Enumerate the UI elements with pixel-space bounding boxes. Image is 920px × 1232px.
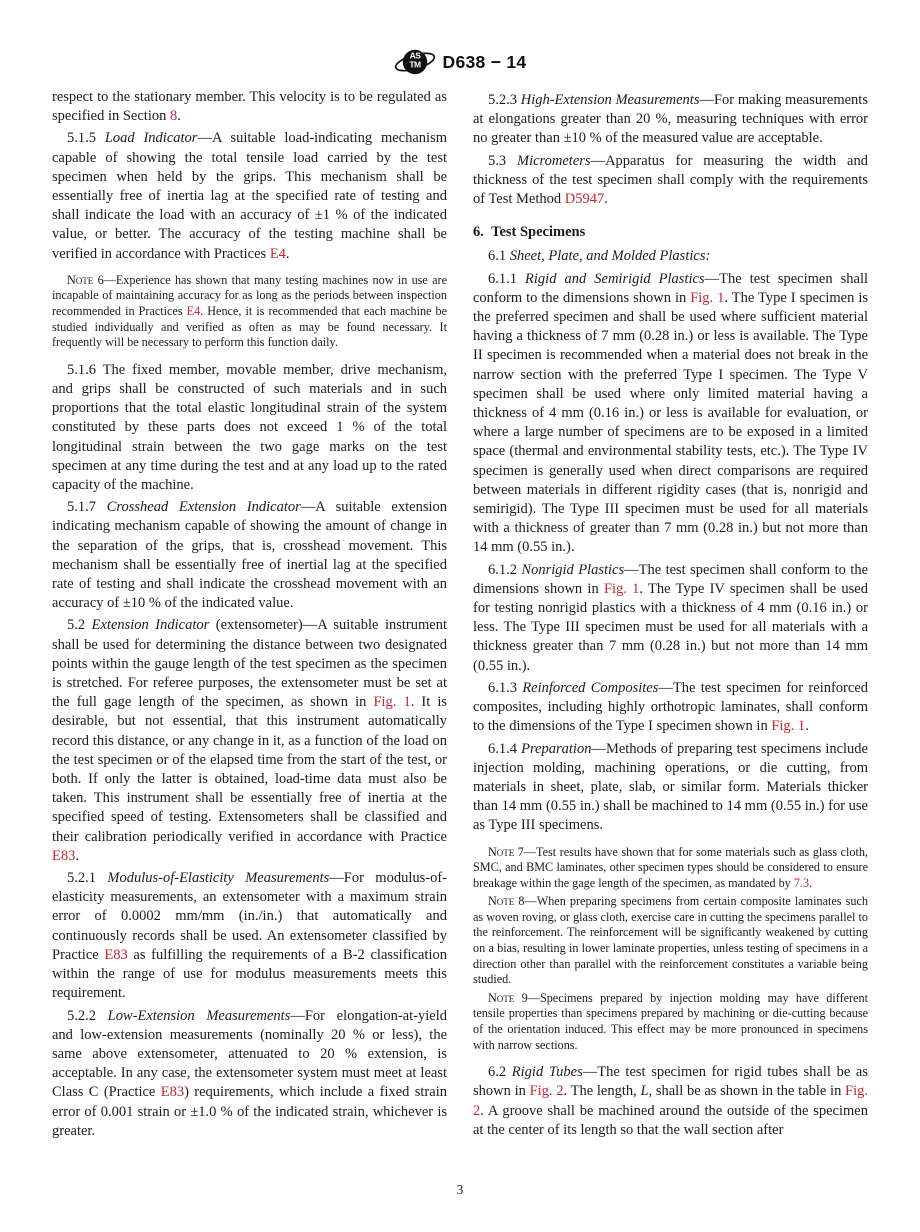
text-run: —When preparing specimens from certain c…	[473, 894, 868, 986]
text-run: 5.2.1	[67, 870, 107, 886]
paragraph: 6.1.4 Preparation—Methods of preparing t…	[473, 740, 868, 836]
cross-reference-link[interactable]: Fig. 2	[530, 1083, 564, 1099]
cross-reference-link[interactable]: Fig. 1	[604, 581, 639, 597]
text-run: 5.1.6 The fixed member, movable member, …	[52, 362, 447, 493]
document-page: AS TM D638 − 14 respect to the stationar…	[0, 0, 920, 1232]
paragraph: 5.1.5 Load Indicator—A suitable load-ind…	[52, 129, 447, 263]
paragraph: 6.1 Sheet, Plate, and Molded Plastics:	[473, 247, 868, 266]
right-column: 5.2.3 High-Extension Measurements—For ma…	[473, 88, 868, 1141]
cross-reference-link[interactable]: E4	[187, 304, 201, 318]
text-run: . It is desirable, but not essential, th…	[52, 694, 447, 844]
text-run: , shall be as shown in the table in	[649, 1083, 846, 1099]
text-run: respect to the stationary member. This v…	[52, 89, 447, 124]
text-run: —A suitable extension indicating mechani…	[52, 499, 447, 611]
left-column: respect to the stationary member. This v…	[52, 88, 447, 1141]
text-run: . A groove shall be machined around the …	[473, 1103, 868, 1138]
text-run: Note 7	[488, 845, 524, 859]
cross-reference-link[interactable]: E83	[52, 848, 75, 864]
text-run: 5.2.2	[67, 1008, 108, 1024]
text-run: .	[604, 191, 608, 207]
text-run: Extension Indicator	[92, 617, 210, 633]
text-run: 5.3	[488, 153, 517, 169]
text-run: 6.1.3	[488, 680, 522, 696]
paragraph: 6.1.1 Rigid and Semirigid Plastics—The t…	[473, 270, 868, 558]
section-heading: 6. Test Specimens	[473, 223, 868, 242]
document-code: D638 − 14	[443, 52, 527, 73]
text-run: Micrometers	[517, 153, 591, 169]
cross-reference-link[interactable]: E83	[161, 1084, 184, 1100]
text-run: .	[809, 876, 812, 890]
paragraph: 6.1.3 Reinforced Composites—The test spe…	[473, 679, 868, 737]
text-run: —A suitable load-indicating mechanism ca…	[52, 130, 447, 261]
cross-reference-link[interactable]: D5947	[565, 191, 604, 207]
text-run: Note 6	[67, 273, 104, 287]
paragraph: 5.1.6 The fixed member, movable member, …	[52, 361, 447, 495]
paragraph: respect to the stationary member. This v…	[52, 88, 447, 126]
document-body: respect to the stationary member. This v…	[52, 88, 868, 1141]
text-run: 5.1.7	[67, 499, 107, 515]
paragraph: 5.2.3 High-Extension Measurements—For ma…	[473, 91, 868, 149]
text-run: High-Extension Measurements	[521, 92, 700, 108]
text-run: Modulus-of-Elasticity Measurements	[107, 870, 329, 886]
cross-reference-link[interactable]: E83	[104, 947, 127, 963]
text-run: .	[286, 246, 290, 262]
text-run: 5.2.3	[488, 92, 521, 108]
note-paragraph: Note 8—When preparing specimens from cer…	[473, 894, 868, 988]
paragraph: 5.2 Extension Indicator (extensometer)—A…	[52, 616, 447, 866]
cross-reference-link[interactable]: E4	[270, 246, 286, 262]
page-number: 3	[457, 1182, 464, 1197]
text-run: Sheet, Plate, and Molded Plastics:	[510, 248, 711, 264]
text-run: Preparation	[521, 741, 591, 757]
text-run: 6.2	[488, 1064, 512, 1080]
cross-reference-link[interactable]: 7.3	[794, 876, 809, 890]
text-run: .	[177, 108, 181, 124]
svg-text:TM: TM	[409, 60, 421, 70]
paragraph: 5.3 Micrometers—Apparatus for measuring …	[473, 152, 868, 210]
text-run: Rigid Tubes	[512, 1064, 583, 1080]
text-run: 6.1	[488, 248, 510, 264]
text-run: Crosshead Extension Indicator	[107, 499, 301, 515]
paragraph: 5.1.7 Crosshead Extension Indicator—A su…	[52, 498, 447, 613]
text-run: —Specimens prepared by injection molding…	[473, 991, 868, 1052]
text-run: Note 9	[488, 991, 528, 1005]
paragraph: 6.1.2 Nonrigid Plastics—The test specime…	[473, 561, 868, 676]
cross-reference-link[interactable]: Fig. 1	[373, 694, 410, 710]
text-run: Nonrigid Plastics	[521, 562, 624, 578]
page-footer: 3	[0, 1182, 920, 1198]
paragraph: 6.2 Rigid Tubes—The test specimen for ri…	[473, 1063, 868, 1140]
text-run: Reinforced Composites	[522, 680, 658, 696]
text-run: L	[640, 1083, 648, 1099]
text-run: 6.1.4	[488, 741, 521, 757]
note-paragraph: Note 6—Experience has shown that many te…	[52, 273, 447, 351]
text-run: 6. Test Specimens	[473, 224, 585, 240]
cross-reference-link[interactable]: Fig. 1	[771, 718, 805, 734]
text-run: 5.1.5	[67, 130, 105, 146]
text-run: .	[75, 848, 79, 864]
cross-reference-link[interactable]: Fig. 1	[690, 290, 724, 306]
text-run: Rigid and Semirigid Plastics	[525, 271, 705, 287]
text-run: . The Type I specimen is the preferred s…	[473, 290, 868, 556]
note-paragraph: Note 7—Test results have shown that for …	[473, 845, 868, 892]
text-run: . The length,	[564, 1083, 641, 1099]
text-run: 5.2	[67, 617, 92, 633]
text-run: Note 8	[488, 894, 525, 908]
text-run: 6.1.1	[488, 271, 525, 287]
text-run: Low-Extension Measurements	[108, 1008, 291, 1024]
text-run: Load Indicator	[105, 130, 198, 146]
note-paragraph: Note 9—Specimens prepared by injection m…	[473, 991, 868, 1053]
paragraph: 5.2.1 Modulus-of-Elasticity Measurements…	[52, 869, 447, 1003]
text-run: 6.1.2	[488, 562, 521, 578]
page-header: AS TM D638 − 14	[0, 46, 920, 78]
astm-logo-icon: AS TM	[394, 46, 436, 78]
paragraph: 5.2.2 Low-Extension Measurements—For elo…	[52, 1007, 447, 1141]
text-run: .	[805, 718, 809, 734]
